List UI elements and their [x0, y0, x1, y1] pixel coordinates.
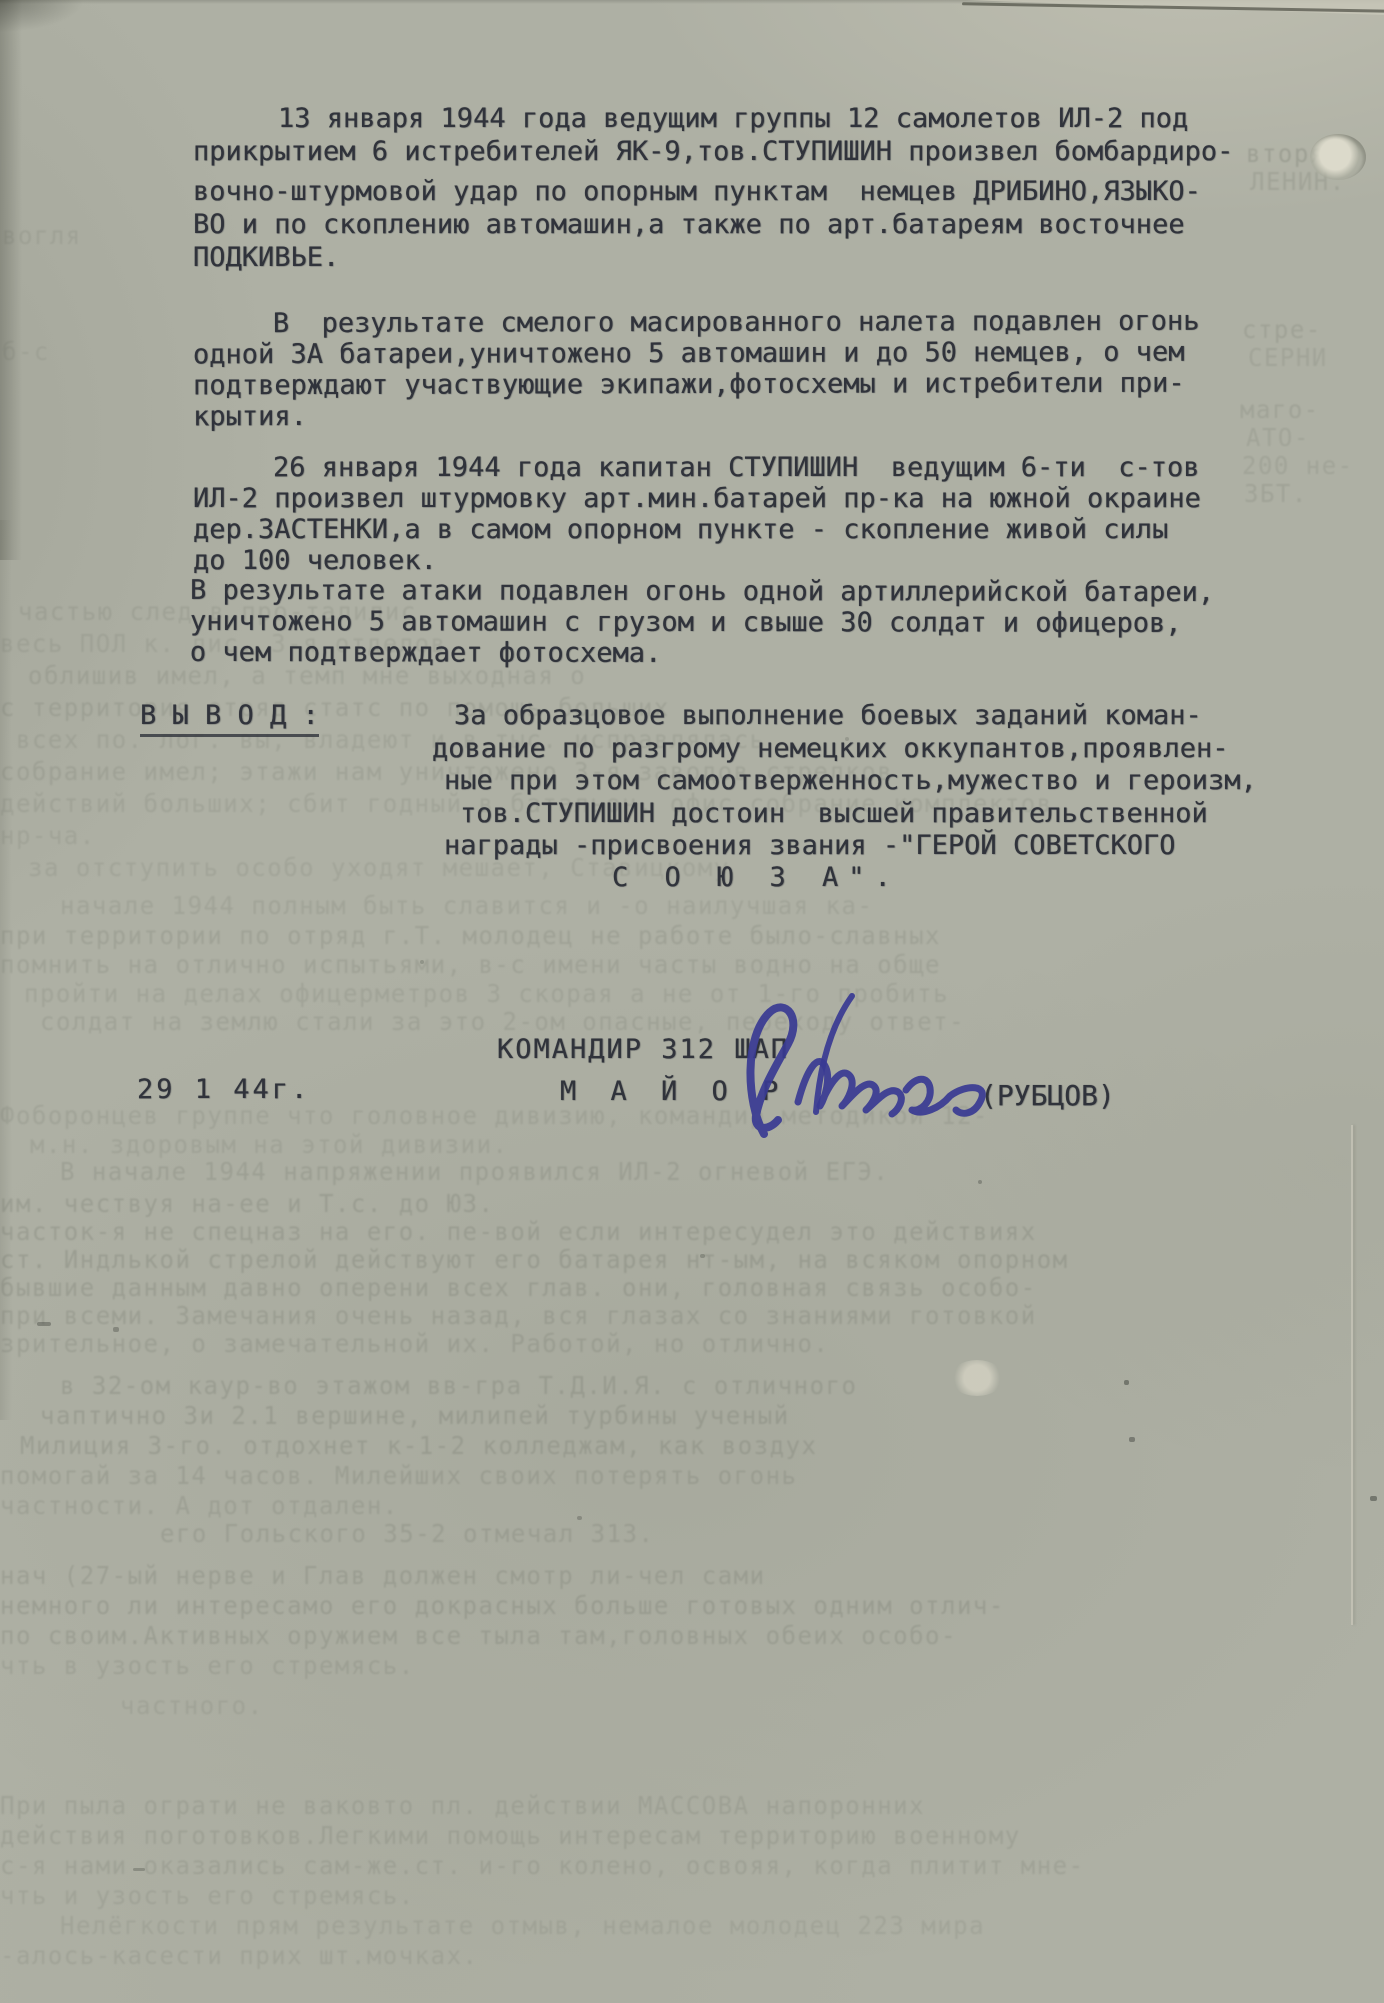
paragraph: В результате атаки подавлен огонь одной … — [190, 575, 1214, 670]
ink-speck — [1129, 1437, 1135, 1442]
bleedthrough-line: помнить на отлично испытьями, в-с имени … — [0, 951, 941, 980]
ink-speck — [133, 1868, 145, 1871]
paragraph: 26 января 1944 года капитан СТУПИШИН вед… — [193, 452, 1201, 576]
bleedthrough-line: АТО- — [1246, 424, 1310, 453]
bleedthrough-line: немного ли интересамо его докрасных боль… — [0, 1592, 1005, 1621]
conclusion-line: ные при этом самоотверженность,мужество … — [432, 765, 1257, 798]
bleedthrough-line: действия поготовков.Легкими помощь интер… — [0, 1822, 1021, 1851]
bleedthrough-line: часток-я не спецназ на его. пе-вой если … — [0, 1218, 1037, 1247]
typed-line: ИЛ-2 произвел штурмовку арт.мин.батарей … — [193, 483, 1201, 514]
conclusion-line: тов.СТУПИШИН достоин высшей правительств… — [432, 798, 1257, 831]
typed-line: до 100 человек. — [193, 545, 1201, 576]
bleedthrough-line: ЗБТ. — [1244, 480, 1308, 509]
typed-line: крытия. — [193, 399, 1200, 433]
typed-line: уничтожено 5 автомашин с грузом и свыше … — [190, 606, 1214, 639]
document-page: вторя-ЛЕНИН.стре-СЕРНИмаго-АТО-200 не-ЗБ… — [0, 0, 1384, 2003]
bleedthrough-line: в 32-ом каур-во этажом вв-гра Т.Д.И.Я. с… — [60, 1372, 857, 1401]
ink-speck — [978, 1180, 982, 1184]
paragraph: В результате смелого масированного налет… — [193, 306, 1200, 433]
bleedthrough-line: При пыла ограти не ваковто пл. действии … — [0, 1792, 925, 1821]
typed-line: подтверждают участвующие экипажи,фотосхе… — [193, 368, 1200, 402]
bleedthrough-line: В начале 1944 напряжении проявился ИЛ-2 … — [60, 1158, 889, 1187]
bleedthrough-line: при всеми. Замечания очень назад, вся гл… — [0, 1302, 1037, 1331]
typed-line: В результате атаки подавлен огонь одной … — [190, 575, 1214, 608]
typed-line: дер.ЗАСТЕНКИ,а в самом опорном пункте - … — [193, 514, 1201, 545]
bleedthrough-line: чть в узость его стремясь. — [0, 1652, 415, 1681]
bleedthrough-line: нр-ча. — [0, 822, 96, 851]
bleedthrough-line: 200 не- — [1242, 452, 1354, 481]
bleedthrough-line: им. чествуя на-ее и Т.с. до ЮЗ. — [0, 1190, 494, 1219]
ink-speck — [845, 737, 849, 741]
bleedthrough-line: ст. Индлькой стрелой действуют его батар… — [0, 1246, 1069, 1275]
ink-speck — [577, 1516, 582, 1520]
scan-top-left-corner-shadow — [0, 0, 120, 46]
ink-speck — [1124, 1380, 1129, 1385]
bleedthrough-line: чть и узость его стремясь. — [0, 1882, 415, 1911]
paper-damage-hole — [1310, 134, 1366, 180]
bleedthrough-line: зрительное, о замечательной их. Работой,… — [0, 1330, 829, 1359]
bleedthrough-line: помогай за 14 часов. Милейших своих поте… — [0, 1462, 797, 1491]
bleedthrough-line: СЕРНИ — [1248, 344, 1328, 373]
bleedthrough-line: стре- — [1242, 316, 1322, 345]
bleedthrough-line: частности. А дот отдален. — [0, 1492, 399, 1521]
conclusion-final-line: С О Ю З А". — [612, 862, 901, 893]
signature-date: 29 1 44г. — [137, 1074, 310, 1105]
bleedthrough-line: Нелёгкости прям результате отмыв, немало… — [60, 1912, 985, 1941]
typed-line: В результате смелого масированного налет… — [193, 306, 1200, 340]
paragraph: 13 января 1944 года ведущим группы 12 са… — [193, 102, 1233, 274]
ink-speck — [1370, 1496, 1377, 1501]
typed-line: одной ЗА батареи,уничтожено 5 автомашин … — [193, 337, 1200, 371]
bleedthrough-line: частного. — [120, 1692, 264, 1721]
bleedthrough-line: при территории по отряд г.Т. молодец не … — [0, 922, 941, 951]
ink-speck — [113, 1327, 119, 1332]
bleedthrough-line: по своим.Активных оружием все тыла там,г… — [0, 1622, 957, 1651]
conclusion-line: награды -присвоения звания -"ГЕРОЙ СОВЕТ… — [432, 830, 1257, 863]
bleedthrough-line: маго- — [1240, 396, 1320, 425]
bleedthrough-line: бывшие данным давно оперени всех глав. о… — [0, 1274, 1037, 1303]
conclusion-body: За образцовое выполнение боевых заданий … — [432, 700, 1257, 863]
typed-line: прикрытием 6 истребителей ЯК-9,тов.СТУПИ… — [193, 135, 1233, 168]
bleedthrough-line: -алось-касести прих шт.мочках. — [0, 1942, 478, 1971]
conclusion-label: В Ы В О Д : — [140, 700, 319, 737]
typed-line: 13 января 1944 года ведущим группы 12 са… — [193, 102, 1233, 135]
ink-speck — [700, 1254, 705, 1258]
bleedthrough-line: Милиция 3-го. отдохнет к-1-2 колледжам, … — [20, 1432, 817, 1461]
ink-speck — [420, 960, 424, 964]
typed-line: о чем подтверждает фотосхема. — [190, 637, 1214, 670]
bleedthrough-line: чаптично 3и 2.1 вершине, милипей турбины… — [40, 1402, 790, 1431]
bleedthrough-line: начале 1944 полным быть славится и -о на… — [60, 892, 873, 921]
conclusion-line: За образцовое выполнение боевых заданий … — [432, 700, 1257, 733]
bleedthrough-line: нач (27-ый нерве и Глав должен смотр ли-… — [0, 1562, 766, 1591]
bleedthrough-line: его Гольского 35-2 отмечал 313. — [160, 1520, 654, 1549]
page-right-fold-line — [1351, 1125, 1353, 1625]
paper-damage-spot — [950, 1360, 1004, 1396]
bleedthrough-line: с-я нами оказались сам-же.ст. и-го колен… — [0, 1852, 1085, 1881]
typed-line: ПОДКИВЬЕ. — [193, 241, 1233, 274]
typed-line: ВО и по скоплению автомашин,а также по а… — [193, 208, 1233, 241]
scan-left-edge-shadow — [0, 0, 22, 560]
typed-line: 26 января 1944 года капитан СТУПИШИН вед… — [193, 452, 1201, 483]
scan-left-edge-shadow-lower — [0, 520, 12, 1420]
handwritten-signature-ink — [718, 982, 1038, 1157]
ink-speck — [37, 1322, 51, 1326]
typed-line: вочно-штурмовой удар по опорным пунктам … — [193, 175, 1233, 208]
bleedthrough-line: м.н. здоровым на этой дивизии. — [30, 1131, 508, 1160]
